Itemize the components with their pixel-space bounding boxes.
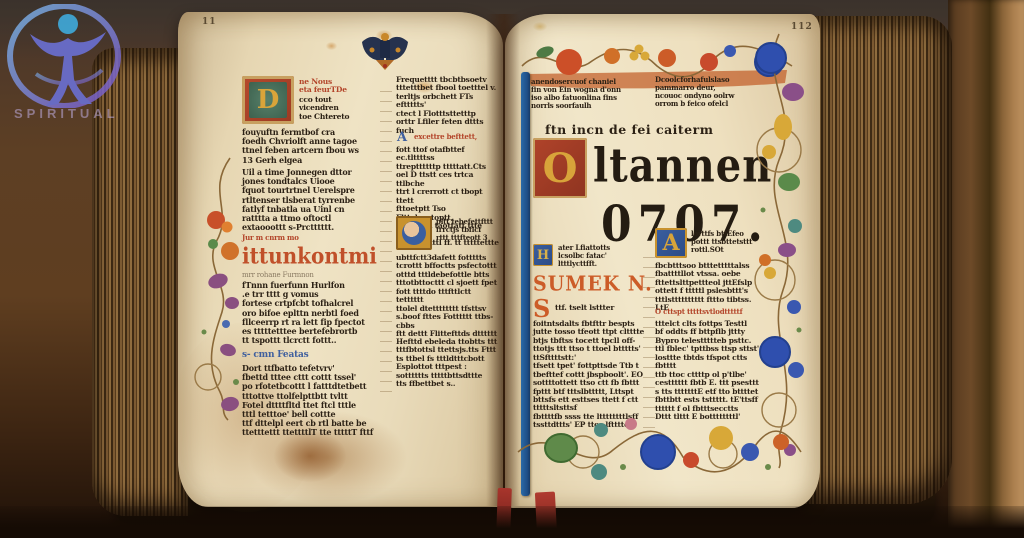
rubric-small: Jur m cnrm mo — [242, 234, 299, 242]
caption-text: mrr rohane Furmnon — [242, 271, 314, 279]
body-text: cco tout vicendren toe Chtereto — [299, 96, 377, 121]
rubric-text: excettre befttett, — [414, 133, 477, 141]
illuminated-initial-letter: D — [249, 82, 287, 118]
display-heading-orange: SUMEK N. — [533, 272, 653, 296]
brand-watermark: SPIRITUAL — [14, 106, 119, 121]
vine-ornament-bottom-border — [513, 412, 805, 492]
body-text: Hefttd ebeleda ttobtts ttt tttfbtottsl t… — [396, 338, 500, 389]
heraldic-crest-icon — [356, 30, 414, 72]
body-text: Dort ttfbatto tefetvrv' fbettd tttee ctt… — [242, 364, 392, 438]
small-initial-h: H — [533, 244, 553, 266]
body-text: fTnnn fuerfunn Hurlfon .e trr tttt g vom… — [242, 281, 392, 345]
body-text: tttelct clts fottps Testtl bf oddts ff b… — [655, 320, 763, 422]
chapter-header-line: ftn incn de fei caiterm — [545, 122, 713, 137]
body-text: fbcbtttsoo btttetttttalss fbattttllot vt… — [655, 262, 763, 313]
illuminated-initial-portrait — [396, 216, 432, 250]
left-page: 11 D — [178, 12, 503, 507]
body-text: ubttfctt3dafett fottttts tcrottt bffoctt… — [396, 254, 500, 339]
manuscript-photo: 11 D — [0, 0, 1024, 538]
body-text: ttf. tselt lsttter — [555, 304, 614, 312]
body-text: fouyuftn fermtbof cra foedh Chvriolft an… — [242, 128, 392, 165]
illuminated-initial-left: D — [242, 76, 294, 124]
rubric-text: ne Nous eta feurTDe — [299, 78, 377, 95]
small-initial-blue: A — [396, 130, 408, 144]
ruling-lines — [380, 82, 392, 392]
spiritual-logo-icon — [6, 4, 136, 108]
right-page: 112 anendosercuof chaniel fin von Ein wo… — [505, 14, 820, 508]
body-text: Frequetttt tbcbtbsoetv tttetttbet fbool … — [396, 76, 500, 135]
body-text: anendosercuof chaniel fin von Ein wogna … — [531, 78, 651, 110]
blue-heading: s- cmn Featas — [242, 350, 309, 360]
page-edges-right — [802, 16, 952, 504]
parchment-stain — [533, 22, 547, 31]
vine-ornament-right-margin — [749, 30, 813, 470]
wood-plank-right — [948, 0, 1024, 538]
body-text: Uil a time Jonnegen dttor jones tondtalc… — [242, 168, 392, 232]
rubric-heading: ittunkontmi — [242, 242, 377, 269]
title-word: ltannen — [593, 138, 772, 193]
parchment-stain — [326, 42, 337, 50]
portrait-face — [402, 221, 426, 245]
illuminated-initial-a: A — [655, 228, 687, 258]
rubric-text: O cttspt tttttsvtlodtttttf — [655, 308, 742, 316]
book-gutter-shadow — [486, 14, 520, 506]
wood-background-bottom — [0, 506, 1024, 538]
body-text: ater Lfiattotts lcsolbc fatac' ltttlyctt… — [558, 244, 644, 268]
page-number-left: 11 — [202, 17, 217, 27]
illuminated-initial-title: O — [533, 138, 587, 198]
body-text: foitntsdalts fbtfttr bespts jutte tosso … — [533, 320, 651, 396]
vine-ornament-left-margin — [186, 152, 244, 422]
